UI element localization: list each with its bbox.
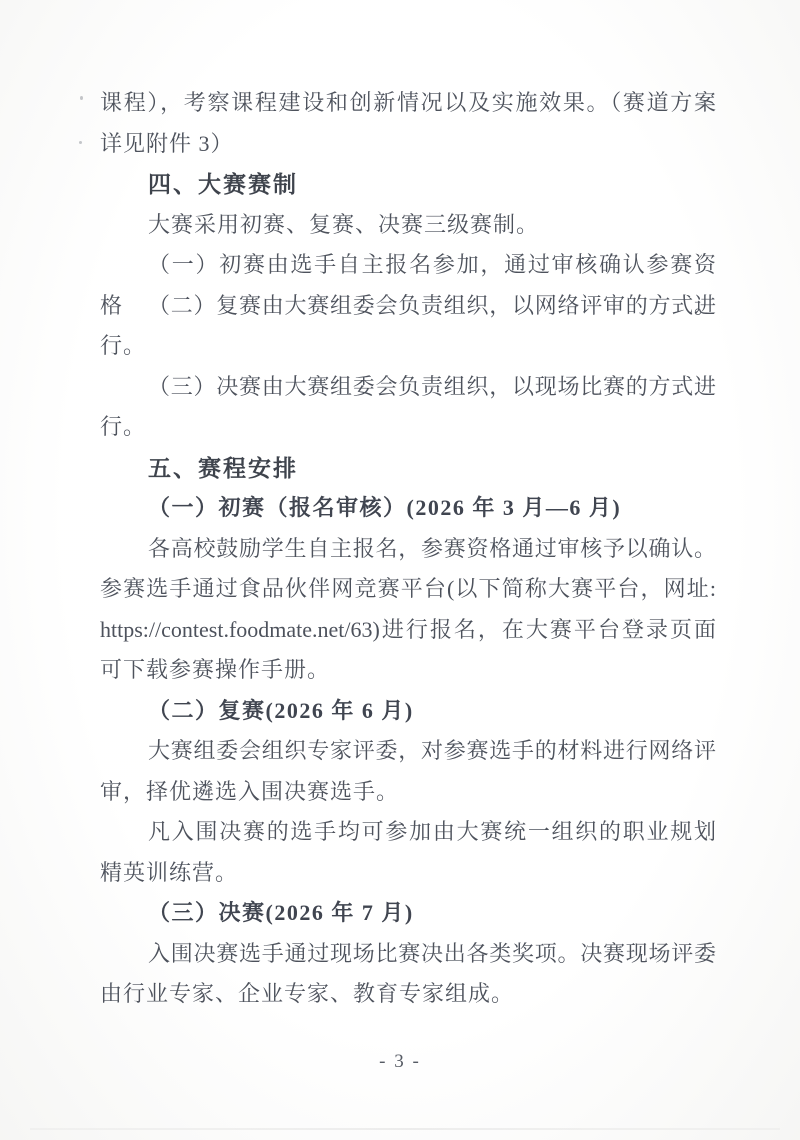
document-body: 课程），考察课程建设和创新情况以及实施效果。（赛道方案 详见附件 3） 四、大赛…	[100, 83, 716, 1015]
page-number: - 3 -	[0, 1044, 800, 1080]
scan-artifact	[30, 1128, 780, 1130]
section-heading-5: 五、赛程安排	[100, 448, 716, 489]
subsection-heading-semifinal: （二）复赛(2026 年 6 月)	[100, 691, 716, 732]
body-line-url: https://contest.foodmate.net/63)进行报名，在大赛…	[100, 610, 716, 651]
body-line: 行。	[100, 326, 716, 367]
body-line: 可下载参赛操作手册。	[100, 650, 716, 691]
body-line: 精英训练营。	[100, 853, 716, 894]
section-heading-4: 四、大赛赛制	[100, 164, 716, 205]
scan-speck	[79, 141, 82, 144]
body-line: 凡入围决赛的选手均可参加由大赛统一组织的职业规划	[100, 812, 716, 853]
body-line: 课程），考察课程建设和创新情况以及实施效果。（赛道方案	[100, 83, 716, 124]
body-line: 由行业专家、企业专家、教育专家组成。	[100, 974, 716, 1015]
body-line: 大赛组委会组织专家评委，对参赛选手的材料进行网络评	[100, 731, 716, 772]
subsection-heading-preliminary: （一）初赛（报名审核）(2026 年 3 月—6 月)	[100, 488, 716, 529]
body-line: （二）复赛由大赛组委会负责组织，以网络评审的方式进	[100, 286, 716, 327]
subsection-heading-final: （三）决赛(2026 年 7 月)	[100, 893, 716, 934]
body-line: 参赛选手通过食品伙伴网竞赛平台(以下简称大赛平台，网址:	[100, 569, 716, 610]
scanned-document-page: 课程），考察课程建设和创新情况以及实施效果。（赛道方案 详见附件 3） 四、大赛…	[0, 0, 800, 1140]
body-line: 详见附件 3）	[100, 124, 716, 165]
body-line: 各高校鼓励学生自主报名，参赛资格通过审核予以确认。	[100, 529, 716, 570]
body-line: 审，择优遴选入围决赛选手。	[100, 772, 716, 813]
body-line: 入围决赛选手通过现场比赛决出各类奖项。决赛现场评委	[100, 934, 716, 975]
body-line: （一）初赛由选手自主报名参加，通过审核确认参赛资格。	[100, 245, 716, 286]
scan-speck	[80, 96, 83, 100]
body-line: （三）决赛由大赛组委会负责组织，以现场比赛的方式进	[100, 367, 716, 408]
body-line: 行。	[100, 407, 716, 448]
body-line: 大赛采用初赛、复赛、决赛三级赛制。	[100, 205, 716, 246]
